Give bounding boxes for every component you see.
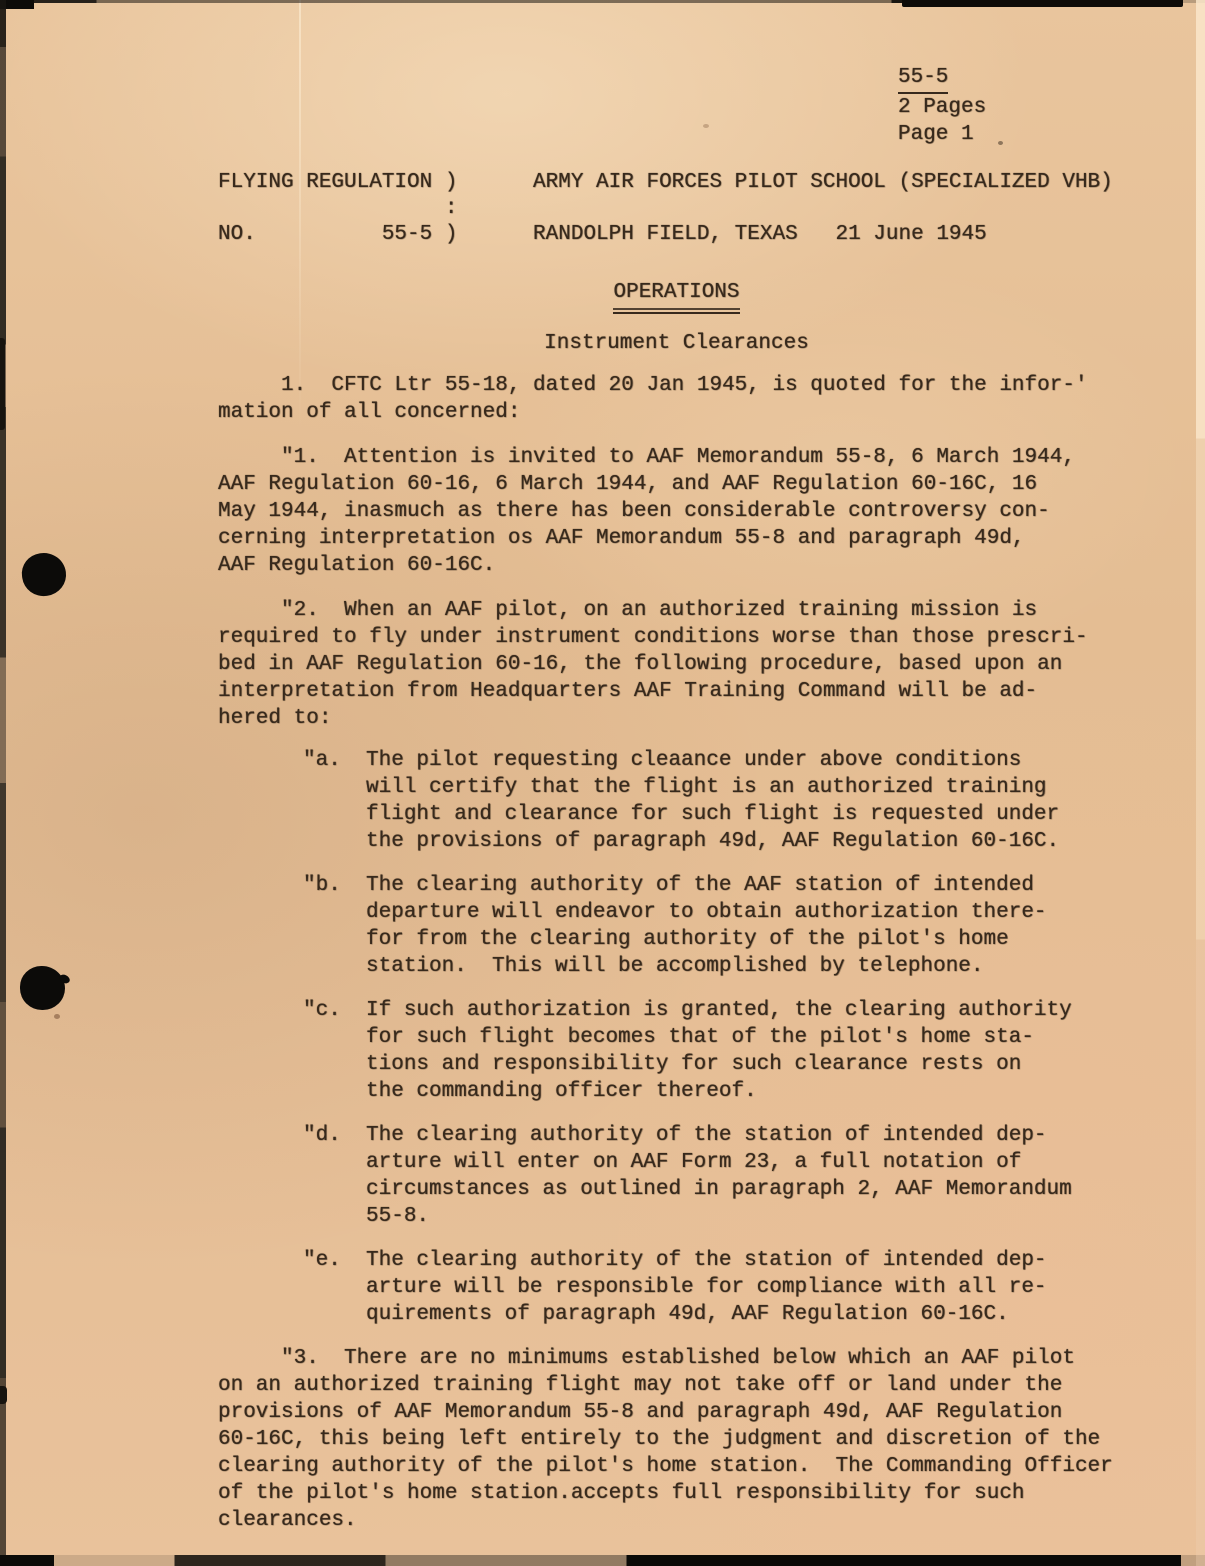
document-body: 1. CFTC Ltr 55-18, dated 20 Jan 1945, is… xyxy=(218,372,1158,1552)
text-line: circumstances as outlined in paragraph 2… xyxy=(303,1176,1158,1203)
pages-count: 2 Pages xyxy=(898,94,986,121)
text-line: "2. When an AAF pilot, on an authorized … xyxy=(218,597,1158,624)
scan-edge-bottom xyxy=(0,1555,1205,1566)
text-line: arture will be responsible for complianc… xyxy=(303,1274,1158,1301)
text-line: the provisions of paragraph 49d, AAF Reg… xyxy=(303,828,1158,855)
text-line: cerning interpretation os AAF Memorandum… xyxy=(218,525,1158,552)
hole-punch-top xyxy=(19,550,69,599)
document-page: 55-5 2 Pages Page 1 FLYING REGULATION ) … xyxy=(0,0,1205,1566)
scan-edge-right xyxy=(1196,0,1205,1566)
text-line: for such flight becomes that of the pilo… xyxy=(303,1024,1158,1051)
doc-number: 55-5 xyxy=(898,64,986,94)
text-line: "1. Attention is invited to AAF Memorand… xyxy=(218,444,1158,471)
text-line: for from the clearing authority of the p… xyxy=(303,926,1158,953)
text-line: interpretation from Headquarters AAF Tra… xyxy=(218,678,1158,705)
paper-speck xyxy=(54,1014,60,1019)
text-line: arture will enter on AAF Form 23, a full… xyxy=(303,1149,1158,1176)
quoted-paragraph-1: "1. Attention is invited to AAF Memorand… xyxy=(218,444,1158,579)
text-line: : xyxy=(218,196,1113,222)
scan-blot xyxy=(0,1386,7,1404)
subparagraph-d: "d. The clearing authority of the statio… xyxy=(303,1122,1158,1230)
masthead: FLYING REGULATION ) ARMY AIR FORCES PILO… xyxy=(218,170,1113,248)
text-line: FLYING REGULATION ) ARMY AIR FORCES PILO… xyxy=(218,170,1113,196)
text-line: "b. The clearing authority of the AAF st… xyxy=(303,872,1158,899)
page-title: OPERATIONS xyxy=(613,279,739,314)
paragraph-intro: 1. CFTC Ltr 55-18, dated 20 Jan 1945, is… xyxy=(218,372,1158,426)
text-line: required to fly under instrument conditi… xyxy=(218,624,1158,651)
text-line: will certify that the flight is an autho… xyxy=(303,774,1158,801)
text-line: "d. The clearing authority of the statio… xyxy=(303,1122,1158,1149)
text-line: NO. 55-5 ) RANDOLPH FIELD, TEXAS 21 June… xyxy=(218,222,1113,248)
text-line: "e. The clearing authority of the statio… xyxy=(303,1247,1158,1274)
text-line: clearing authority of the pilot's home s… xyxy=(218,1453,1158,1480)
subtitle-row: Instrument Clearances xyxy=(218,330,1135,357)
text-line: May 1944, inasmuch as there has been con… xyxy=(218,498,1158,525)
text-line: "a. The pilot requesting cleaance under … xyxy=(303,747,1158,774)
text-line: station. This will be accomplished by te… xyxy=(303,953,1158,980)
page-subtitle: Instrument Clearances xyxy=(544,332,809,355)
text-line: 1. CFTC Ltr 55-18, dated 20 Jan 1945, is… xyxy=(218,372,1158,399)
text-line: the commanding officer thereof. xyxy=(303,1078,1158,1105)
text-line: AAF Regulation 60-16C. xyxy=(218,552,1158,579)
text-line: on an authorized training flight may not… xyxy=(218,1372,1158,1399)
quoted-paragraph-3: "3. There are no minimums established be… xyxy=(218,1345,1158,1534)
subparagraph-a: "a. The pilot requesting cleaance under … xyxy=(303,747,1158,855)
quoted-paragraph-2: "2. When an AAF pilot, on an authorized … xyxy=(218,597,1158,732)
text-line: tions and responsibility for such cleara… xyxy=(303,1051,1158,1078)
text-line: bed in AAF Regulation 60-16, the followi… xyxy=(218,651,1158,678)
paper-speck xyxy=(703,124,709,128)
page-number: Page 1 xyxy=(898,121,986,148)
page-info-block: 55-5 2 Pages Page 1 xyxy=(898,64,986,148)
text-line: hered to: xyxy=(218,705,1158,732)
hole-punch-bottom xyxy=(20,966,65,1010)
text-line: 60-16C, this being left entirely to the … xyxy=(218,1426,1158,1453)
subparagraph-c: "c. If such authorization is granted, th… xyxy=(303,997,1158,1105)
text-line: departure will endeavor to obtain author… xyxy=(303,899,1158,926)
text-line: provisions of AAF Memorandum 55-8 and pa… xyxy=(218,1399,1158,1426)
subparagraph-e: "e. The clearing authority of the statio… xyxy=(303,1247,1158,1328)
doc-number-text: 55-5 xyxy=(898,64,948,94)
text-line: AAF Regulation 60-16, 6 March 1944, and … xyxy=(218,471,1158,498)
text-line: "3. There are no minimums established be… xyxy=(218,1345,1158,1372)
text-line: 55-8. xyxy=(303,1203,1158,1230)
text-line: "c. If such authorization is granted, th… xyxy=(303,997,1158,1024)
text-line: quirements of paragraph 49d, AAF Regulat… xyxy=(303,1301,1158,1328)
text-line: mation of all concerned: xyxy=(218,399,1158,426)
scan-edge-top-right xyxy=(902,0,1183,7)
paper-speck xyxy=(998,141,1003,145)
text-line: of the pilot's home station.accepts full… xyxy=(218,1480,1158,1507)
scan-edge-left xyxy=(0,0,6,1566)
text-line: flight and clearance for such flight is … xyxy=(303,801,1158,828)
scan-blot xyxy=(0,338,5,430)
text-line: clearances. xyxy=(218,1507,1158,1534)
title-row: OPERATIONS xyxy=(218,279,1135,314)
subparagraph-b: "b. The clearing authority of the AAF st… xyxy=(303,872,1158,980)
